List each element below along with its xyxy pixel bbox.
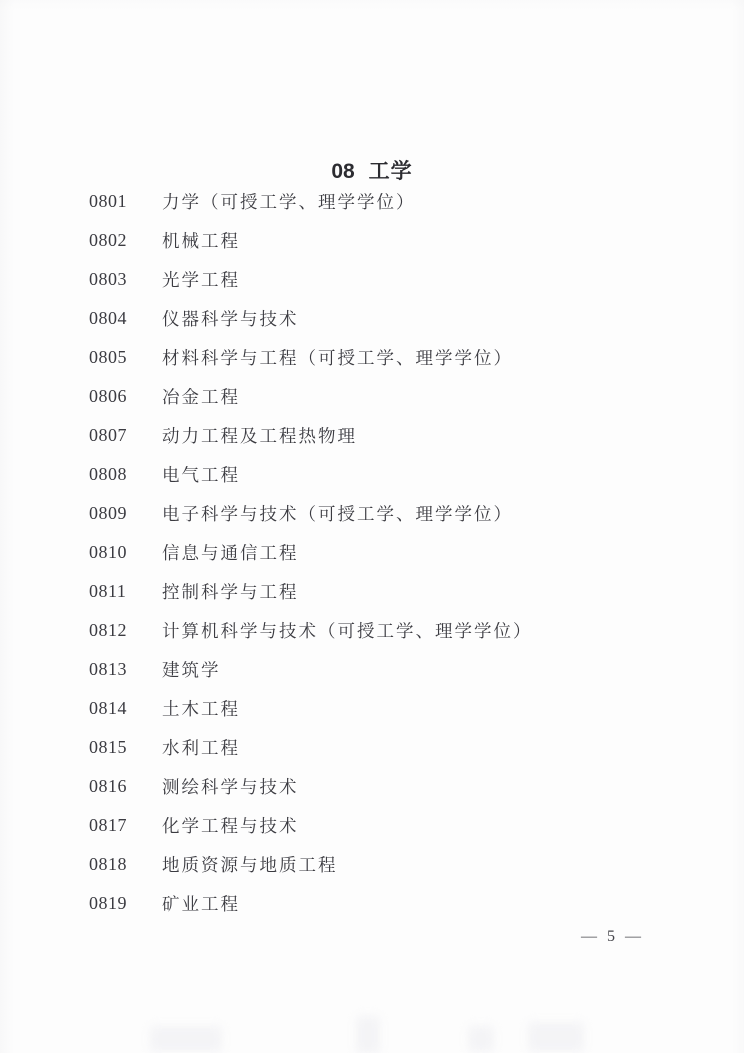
discipline-code: 0811 (89, 581, 162, 602)
discipline-code: 0810 (89, 542, 162, 563)
discipline-name: 电气工程 (162, 462, 240, 487)
category-code: 08 (331, 160, 354, 183)
document-page: 08工学 0801力学（可授工学、理学学位）0802机械工程0803光学工程08… (0, 0, 744, 1053)
discipline-name: 地质资源与地质工程 (162, 852, 338, 877)
discipline-name: 土木工程 (162, 696, 240, 721)
discipline-name: 光学工程 (162, 267, 240, 292)
discipline-code: 0814 (89, 698, 162, 719)
discipline-code: 0801 (89, 191, 162, 212)
discipline-name: 计算机科学与技术（可授工学、理学学位） (162, 618, 533, 643)
discipline-name: 力学（可授工学、理学学位） (162, 189, 416, 214)
discipline-name: 建筑学 (162, 657, 221, 682)
scan-bleed-artifact (356, 1016, 380, 1053)
list-item: 0816测绘科学与技术 (0, 767, 744, 806)
scan-bleed-artifact (528, 1022, 584, 1052)
discipline-code: 0806 (89, 386, 162, 407)
discipline-code: 0803 (89, 269, 162, 290)
discipline-code: 0813 (89, 659, 162, 680)
discipline-name: 材料科学与工程（可授工学、理学学位） (162, 345, 513, 370)
discipline-name: 机械工程 (162, 228, 240, 253)
discipline-code: 0807 (89, 425, 162, 446)
discipline-code: 0816 (89, 776, 162, 797)
list-item: 0803光学工程 (0, 260, 744, 299)
discipline-code: 0804 (89, 308, 162, 329)
discipline-name: 矿业工程 (162, 891, 240, 916)
list-item: 0811控制科学与工程 (0, 572, 744, 611)
list-item: 0805材料科学与工程（可授工学、理学学位） (0, 338, 744, 377)
list-item: 0809电子科学与技术（可授工学、理学学位） (0, 494, 744, 533)
list-item: 0807动力工程及工程热物理 (0, 416, 744, 455)
discipline-code: 0808 (89, 464, 162, 485)
discipline-code: 0817 (89, 815, 162, 836)
list-item: 0819矿业工程 (0, 884, 744, 923)
discipline-name: 冶金工程 (162, 384, 240, 409)
list-item: 0813建筑学 (0, 650, 744, 689)
discipline-name: 仪器科学与技术 (162, 306, 299, 331)
page-number: — 5 — (581, 928, 644, 946)
list-item: 0808电气工程 (0, 455, 744, 494)
discipline-name: 水利工程 (162, 735, 240, 760)
discipline-code: 0815 (89, 737, 162, 758)
scan-bleed-artifact (468, 1026, 494, 1052)
discipline-name: 化学工程与技术 (162, 813, 299, 838)
list-item: 0802机械工程 (0, 221, 744, 260)
page-title: 08工学 (0, 160, 744, 184)
list-item: 0817化学工程与技术 (0, 806, 744, 845)
discipline-code: 0809 (89, 503, 162, 524)
discipline-code: 0812 (89, 620, 162, 641)
scan-bleed-artifact (150, 1026, 222, 1052)
discipline-name: 电子科学与技术（可授工学、理学学位） (162, 501, 513, 526)
list-item: 0818地质资源与地质工程 (0, 845, 744, 884)
list-item: 0812计算机科学与技术（可授工学、理学学位） (0, 611, 744, 650)
list-item: 0814土木工程 (0, 689, 744, 728)
list-item: 0810信息与通信工程 (0, 533, 744, 572)
list-item: 0801力学（可授工学、理学学位） (0, 182, 744, 221)
list-item: 0804仪器科学与技术 (0, 299, 744, 338)
discipline-list: 0801力学（可授工学、理学学位）0802机械工程0803光学工程0804仪器科… (0, 182, 744, 923)
discipline-code: 0805 (89, 347, 162, 368)
list-item: 0815水利工程 (0, 728, 744, 767)
discipline-name: 控制科学与工程 (162, 579, 299, 604)
discipline-code: 0818 (89, 854, 162, 875)
discipline-code: 0802 (89, 230, 162, 251)
category-name: 工学 (369, 160, 413, 183)
discipline-code: 0819 (89, 893, 162, 914)
list-item: 0806冶金工程 (0, 377, 744, 416)
discipline-name: 测绘科学与技术 (162, 774, 299, 799)
discipline-name: 动力工程及工程热物理 (162, 423, 357, 448)
discipline-name: 信息与通信工程 (162, 540, 299, 565)
